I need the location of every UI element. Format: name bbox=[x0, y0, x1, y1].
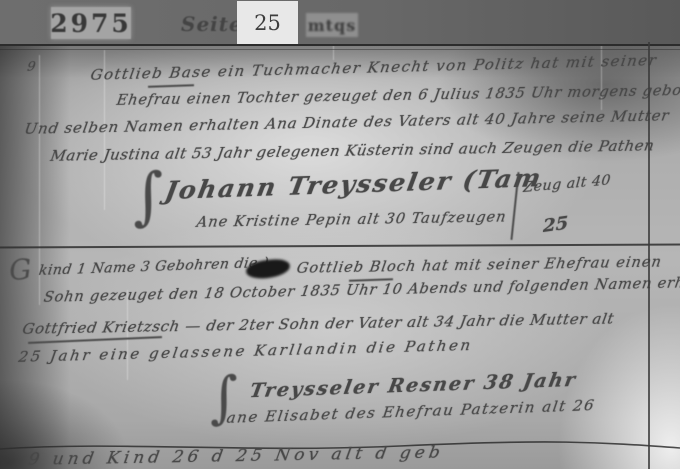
page-label: Seite bbox=[181, 12, 243, 36]
microfilm-register-page: 2975 Seite 25 mtqs 9 Gottlieb Base ein T… bbox=[0, 0, 680, 469]
stamp-text: mtqs bbox=[308, 16, 357, 35]
frame-number: 2975 bbox=[50, 9, 132, 38]
entry2-margin-note: kind 1 Name 3 Gebohren die ) bbox=[38, 255, 270, 279]
band-underline bbox=[0, 49, 680, 50]
page-number: 25 bbox=[254, 11, 281, 35]
inspection-stamp: mtqs bbox=[306, 13, 358, 37]
entry1-fee: 25 bbox=[543, 213, 568, 237]
entry3-partial-line: 9 und Kind 26 d 25 Nov alt d geb bbox=[27, 443, 446, 469]
entry-divider-rule bbox=[0, 244, 680, 249]
entry1-brace-flourish: ∫ bbox=[130, 158, 166, 233]
entry2-line1: Gottlieb Bloch hat mit seiner Ehefrau ei… bbox=[295, 255, 663, 277]
name-underline bbox=[349, 278, 393, 281]
entry2-godparent-name: Treysseler Resner 38 Jahr bbox=[248, 369, 579, 402]
entry1-child-name: Johann Treysseler (Tam bbox=[163, 163, 545, 205]
entry2-line3: Gottfried Krietzsch — der 2ter Sohn der … bbox=[21, 310, 615, 338]
frame-number-stamp: 2975 bbox=[51, 7, 131, 39]
header-band: 2975 Seite 25 mtqs bbox=[0, 0, 680, 46]
entry1-line1: Gottlieb Base ein Tuchmacher Knecht von … bbox=[89, 51, 658, 84]
entry1-witness-line: Ane Kristine Pepin alt 30 Taufzeugen bbox=[195, 210, 507, 231]
entry1-line3: Und selben Namen erhalten Ana Dinate des… bbox=[23, 107, 671, 138]
entry1-margin-mark: 9 bbox=[26, 59, 36, 75]
page-number-box: 25 bbox=[237, 1, 298, 44]
entry1-line2: Ehefrau einen Tochter gezeuget den 6 Jul… bbox=[115, 83, 680, 109]
entry2-margin-initial: G bbox=[8, 252, 33, 286]
name-underline bbox=[148, 84, 194, 87]
